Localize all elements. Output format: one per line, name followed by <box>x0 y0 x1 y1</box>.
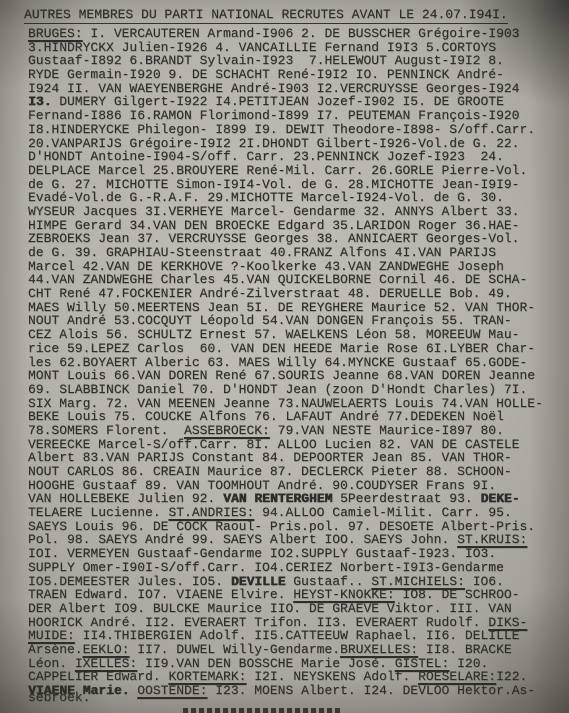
text-line: VEREECKE Marcel-S/off.Carr. 8I. ALLOO Lu… <box>28 438 569 452</box>
text-line: HIMPE Gerard 34.VAN DEN BROECKE Edgard 3… <box>28 219 569 233</box>
text-line: DELPLACE Marcel 25.BROUYERE René-Mil. Ca… <box>28 164 569 178</box>
text-line: I3. DUMERY Gilgert-I922 I4.PETITJEAN Joz… <box>28 95 569 109</box>
text-line: Fernand-I886 I6.RAMON Florimond-I899 I7.… <box>28 109 569 123</box>
city-header: OOSTENDE: <box>137 683 207 698</box>
text-line: I8.HINDERYCKE Philegon- I899 I9. DEWIT T… <box>28 123 569 137</box>
text-line: HOOGHE Gustaaf 89. VAN TOOMHOUT André. 9… <box>28 479 569 493</box>
text-line: rice 59.LEPEZ Carlos 60. VAN DEN HEEDE M… <box>28 342 569 356</box>
text-line: IOI. VERMEYEN Gustaaf-Gendarme IO2.SUPPL… <box>28 547 569 561</box>
text-line: MAES Willy 50.MEERTENS Jean 5I. DE REYGH… <box>28 301 569 315</box>
text-line: CEZ Alois 56. SCHULTZ Ernest 57. WAELKEN… <box>28 328 569 342</box>
text-line: NOUT CARLOS 86. CREAIN Maurice 87. DECLE… <box>28 465 569 479</box>
text-line: de G. 27. MICHOTTE Simon-I9I4-Vol. de G.… <box>28 178 569 192</box>
text-line: SUPPLY Omer-I90I-S/off.Carr. IO4.CERIEZ … <box>28 561 569 575</box>
text-segment: sebroek. <box>28 690 90 705</box>
text-line: Evadé-Vol.de G.-R.A.F. 29.MICHOTTE Marce… <box>28 191 569 205</box>
text-line: CAPPELIER Edward. KORTEMARK: I2I. NEYSKE… <box>28 670 569 684</box>
text-line: MUIDE: II4.THIBERGIEN Adolf. II5.CATTEEU… <box>28 629 569 643</box>
text-line: SIX Marg. 72. VAN MEENEN Jeanne 73.NAUWE… <box>28 397 569 411</box>
text-line: 78.SOMERS Florent. ASSEBROECK: 79.VAN NE… <box>28 424 569 438</box>
text-line: NOUT André 53.COCQUYT Léopold 54.VAN DON… <box>28 314 569 328</box>
text-line: TRAEN Edward. IO7. VIAENE Elvire. HEYST-… <box>28 588 569 602</box>
text-line: RYDE Germain-I920 9. DE SCHACHT René-I9I… <box>28 68 569 82</box>
text-line: CHT René 47.FOCKENIER André-Zilverstraat… <box>28 287 569 301</box>
text-line: D'HONDT Antoine-I904-S/off. Carr. 23.PEN… <box>28 150 569 164</box>
text-line: MONT Louis 66.VAN DOREN René 67.SOURIS J… <box>28 369 569 383</box>
text-line: de G. 39. GRAPHIAU-Steenstraat 40.FRANZ … <box>28 246 569 260</box>
text-line: 20.VANPARIJS Grégoire-I9I2 2I.DHONDT Gil… <box>28 137 569 151</box>
text-line: VIAENE Marie. OOSTENDE: I23. MOENS Alber… <box>28 684 569 698</box>
document-title: AUTRES MEMBRES DU PARTI NATIONAL RECRUTE… <box>0 0 569 24</box>
text-line: Marcel 42.VAN DE KERKHOVE ?-Koolkerke 43… <box>28 260 569 274</box>
scanned-document-page: AUTRES MEMBRES DU PARTI NATIONAL RECRUTE… <box>0 0 569 713</box>
text-line: Arsène.EEKLO: II7. DUWEL Willy-Gendarme.… <box>28 643 569 657</box>
text-line: HOORICK André. II2. EVERAERT Trifon. II3… <box>28 616 569 630</box>
text-line: 3.HINDRYCKX Julien-I926 4. VANCAILLIE Fe… <box>28 41 569 55</box>
text-line: DER Albert IO9. BULCKE Maurice IIO. DE G… <box>28 602 569 616</box>
text-line: TELAERE Lucienne. ST.ANDRIES: 94.ALLOO C… <box>28 506 569 520</box>
text-line: ZEBROEKS Jean 37. VERCRUYSSE Georges 38.… <box>28 232 569 246</box>
text-line: Gustaaf-I892 6.BRANDT Sylvain-I923 7.HEL… <box>28 54 569 68</box>
page-separator <box>183 708 341 713</box>
text-line: BEKE Louis 75. COUCKE Alfons 76. LAFAUT … <box>28 410 569 424</box>
text-line: SAEYS Louis 96. DE COCK Raoul- Pris.pol.… <box>28 520 569 534</box>
text-line: BRUGES: I. VERCAUTEREN Armand-I906 2. DE… <box>28 27 569 41</box>
document-body: BRUGES: I. VERCAUTEREN Armand-I906 2. DE… <box>0 24 569 704</box>
text-line: IO5.DEMEESTER Jules. IO5. DEVILLE Gustaa… <box>28 575 569 589</box>
document-title-text: AUTRES MEMBRES DU PARTI NATIONAL RECRUTE… <box>24 7 508 24</box>
text-line: VAN HOLLEBEKE Julien 92. VAN RENTERGHEM … <box>28 492 569 506</box>
text-line: 44.VAN ZANDWEGHE Charles 45.VAN QUICKELB… <box>28 273 569 287</box>
text-line: les 62.BOYAERT Alberic 63. MAES Willy 64… <box>28 356 569 370</box>
text-line: WYSEUR Jacques 3I.VERHEYE Marcel- Gendar… <box>28 205 569 219</box>
text-segment: I23. MOENS Albert. I24. DEVLOO Hektor.As… <box>207 683 535 698</box>
text-line: 69. SLABBINCK Daniel 70. D'HONDT Jean (z… <box>28 383 569 397</box>
text-line: Léon. IXELLES: II9.VAN DEN BOSSCHE Marie… <box>28 657 569 671</box>
text-line: Albert 83.VAN PARIJS Constant 84. DEPOOR… <box>28 451 569 465</box>
text-line: Pol. 98. SAEYS André 99. SAEYS Albert IO… <box>28 533 569 547</box>
text-line: I924 II. VAN WAEYENBERGHE André-I903 I2.… <box>28 82 569 96</box>
